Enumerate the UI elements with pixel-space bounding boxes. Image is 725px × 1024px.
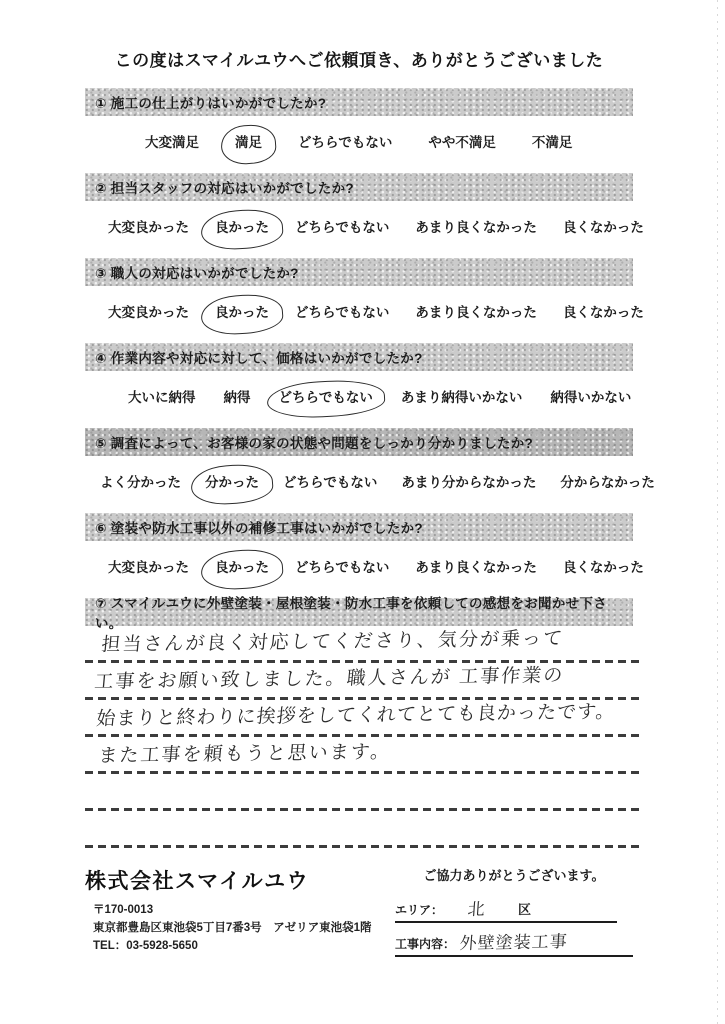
dashed-writing-line	[85, 697, 640, 700]
option: どちらでもない	[295, 221, 389, 235]
company-info: 株式会社スマイルユウ 〒170-0013 東京都豊島区東池袋5丁目7番3号 アゼ…	[85, 865, 395, 964]
work-content-handwritten-value: 外壁塗装工事	[459, 933, 568, 952]
option: どちらでもない	[295, 561, 389, 575]
option: あまり良くなかった	[415, 561, 537, 575]
option: やや不満足	[428, 136, 496, 150]
option: あまり納得いかない	[401, 391, 523, 405]
question-4: ④ 作業内容や対応に対して、価格はいかがでしたか? 大いに納得 納得 どちらでも…	[85, 343, 633, 409]
question-2: ② 担当スタッフの対応はいかがでしたか? 大変良かった 良かった どちらでもない…	[85, 173, 633, 239]
dashed-writing-line	[85, 771, 640, 774]
option: 良くなかった	[563, 221, 644, 235]
question-6-header: ⑥ 塗装や防水工事以外の補修工事はいかがでしたか?	[85, 513, 633, 541]
question-7-header: ⑦ スマイルユウに外壁塗装・屋根塗装・防水工事を依頼しての感想をお聞かせ下さい。	[85, 598, 633, 626]
comment-line	[85, 811, 633, 848]
work-content-label: 工事内容：	[395, 935, 455, 952]
handwritten-text: 担当さんが良く対応してくださり、気分が乗って	[85, 628, 636, 660]
question-2-header: ② 担当スタッフの対応はいかがでしたか?	[85, 173, 633, 201]
option: どちらでもない	[283, 476, 377, 490]
comment-area: 担当さんが良く対応してくださり、気分が乗って 工事をお願い致しました。職人さんが…	[85, 626, 633, 848]
dashed-writing-line	[85, 808, 640, 811]
dashed-writing-line	[85, 845, 640, 848]
option-selected: どちらでもない	[279, 391, 373, 405]
option-selected: 良かった	[215, 306, 269, 320]
option: どちらでもない	[298, 136, 392, 150]
handwritten-text	[85, 795, 634, 808]
comment-line: 工事をお願い致しました。職人さんが 工事作業の	[85, 663, 633, 700]
option: 分からなかった	[560, 476, 655, 490]
area-suffix: 区	[518, 899, 531, 918]
option-selected: 良かった	[215, 561, 269, 575]
comment-line: 始まりと終わりに挨拶をしてくれてとても良かったです。	[85, 700, 633, 737]
page-title: この度はスマイルユウへご依頼頂き、ありがとうございました	[85, 50, 633, 72]
comment-line	[85, 774, 633, 811]
handwritten-text: 工事をお願い致しました。職人さんが 工事作業の	[85, 665, 636, 697]
work-content-field: 工事内容： 外壁塗装工事	[395, 930, 633, 957]
question-3-header: ③ 職人の対応はいかがでしたか?	[85, 258, 633, 286]
option-selected: 満足	[235, 136, 262, 150]
option: 大変良かった	[108, 561, 189, 575]
comment-line: また工事を頼もうと思います。	[85, 737, 633, 774]
question-7: ⑦ スマイルユウに外壁塗装・屋根塗装・防水工事を依頼しての感想をお聞かせ下さい。	[85, 598, 633, 626]
option: 不満足	[532, 136, 573, 150]
question-1-header: ① 施工の仕上がりはいかがでしたか?	[85, 88, 633, 116]
option: 納得	[224, 391, 251, 405]
option: 良くなかった	[563, 306, 644, 320]
area-handwritten-value: 北	[467, 901, 487, 918]
document-content: この度はスマイルユウへご依頼頂き、ありがとうございました ① 施工の仕上がりはい…	[85, 0, 633, 964]
question-5-header: ⑤ 調査によって、お客様の家の状態や問題をしっかり分かりましたか?	[85, 428, 633, 456]
area-label: エリア：	[395, 901, 443, 918]
option-label: 分かった	[205, 475, 259, 490]
scan-line-artifact	[717, 0, 718, 1024]
company-postal-code: 〒170-0013	[93, 902, 395, 920]
option: あまり良くなかった	[415, 221, 537, 235]
dashed-writing-line	[85, 734, 640, 737]
option: よく分かった	[100, 476, 181, 490]
option-selected: 分かった	[205, 476, 259, 490]
option-label: どちらでもない	[279, 390, 373, 405]
question-4-header: ④ 作業内容や対応に対して、価格はいかがでしたか?	[85, 343, 633, 371]
option: どちらでもない	[295, 306, 389, 320]
question-2-options: 大変良かった 良かった どちらでもない あまり良くなかった 良くなかった	[85, 217, 633, 239]
option: 大変良かった	[108, 221, 189, 235]
question-5: ⑤ 調査によって、お客様の家の状態や問題をしっかり分かりましたか? よく分かった…	[85, 428, 633, 494]
option-selected: 良かった	[215, 221, 269, 235]
company-address: 東京都豊島区東池袋5丁目7番3号 アゼリア東池袋1階	[93, 920, 395, 938]
company-name: 株式会社スマイルユウ	[85, 865, 395, 895]
option: あまり良くなかった	[415, 306, 537, 320]
question-3-options: 大変良かった 良かった どちらでもない あまり良くなかった 良くなかった	[85, 302, 633, 324]
handwritten-text: 始まりと終わりに挨拶をしてくれてとても良かったです。	[85, 702, 636, 734]
option: 大変満足	[145, 136, 199, 150]
company-phone: TEL：03-5928-5650	[93, 938, 395, 956]
area-field: エリア： 北 区	[395, 896, 617, 923]
question-4-options: 大いに納得 納得 どちらでもない あまり納得いかない 納得いかない	[85, 387, 633, 409]
handwritten-text: また工事を頼もうと思います。	[85, 739, 636, 771]
question-5-options: よく分かった 分かった どちらでもない あまり分からなかった 分からなかった	[85, 472, 633, 494]
footer: 株式会社スマイルユウ 〒170-0013 東京都豊島区東池袋5丁目7番3号 アゼ…	[85, 865, 633, 964]
option-label: 良かった	[215, 305, 269, 320]
dashed-writing-line	[85, 660, 640, 663]
option: 良くなかった	[563, 561, 644, 575]
question-1-options: 大変満足 満足 どちらでもない やや不満足 不満足	[85, 132, 633, 154]
option: 納得いかない	[550, 391, 631, 405]
option-label: 良かった	[215, 220, 269, 235]
option-label: 満足	[235, 135, 262, 150]
option: 大変良かった	[108, 306, 189, 320]
question-6-options: 大変良かった 良かった どちらでもない あまり良くなかった 良くなかった	[85, 557, 633, 579]
survey-document: この度はスマイルユウへご依頼頂き、ありがとうございました ① 施工の仕上がりはい…	[0, 0, 725, 1024]
thanks-message: ご協力ありがとうございます。	[395, 865, 633, 884]
question-3: ③ 職人の対応はいかがでしたか? 大変良かった 良かった どちらでもない あまり…	[85, 258, 633, 324]
handwritten-text	[85, 832, 634, 845]
option-label: 良かった	[215, 560, 269, 575]
question-1: ① 施工の仕上がりはいかがでしたか? 大変満足 満足 どちらでもない やや不満足…	[85, 88, 633, 154]
option: 大いに納得	[128, 391, 196, 405]
option: あまり分からなかった	[401, 476, 536, 490]
response-fields: ご協力ありがとうございます。 エリア： 北 区 工事内容： 外壁塗装工事	[395, 865, 633, 964]
question-6: ⑥ 塗装や防水工事以外の補修工事はいかがでしたか? 大変良かった 良かった どち…	[85, 513, 633, 579]
